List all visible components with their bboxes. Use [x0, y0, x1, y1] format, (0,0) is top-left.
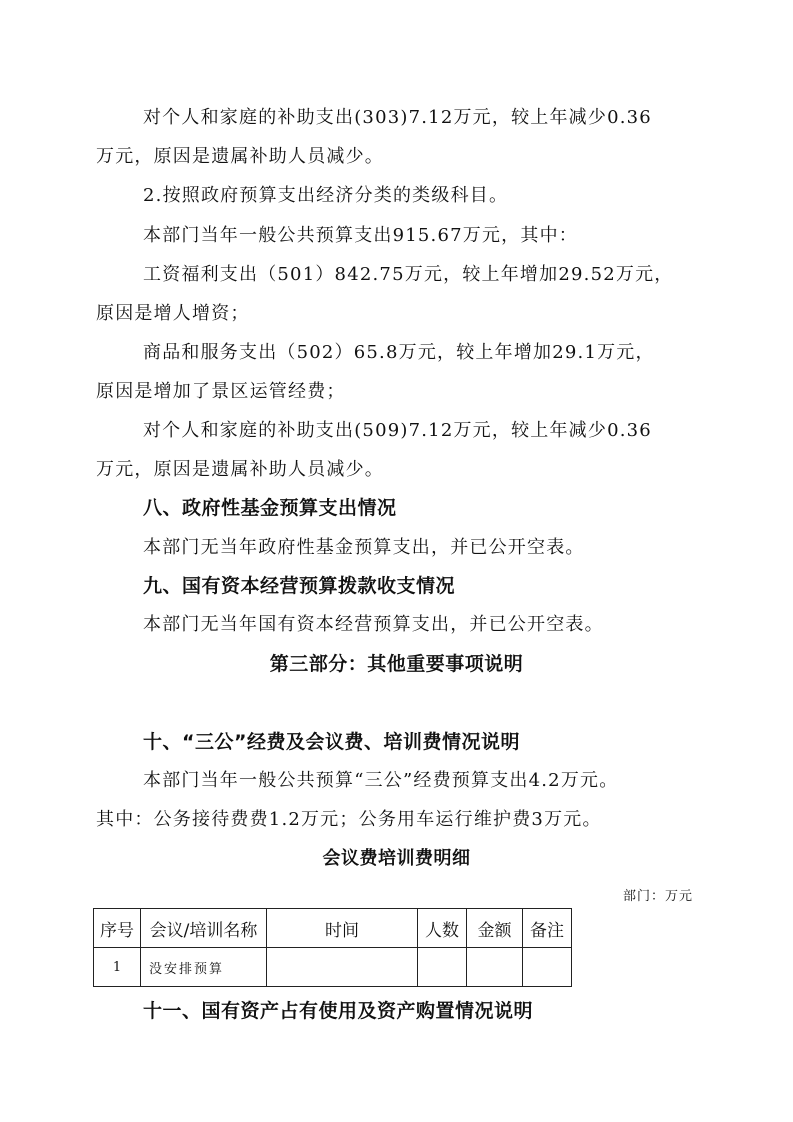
- header-cell-amount: 金额: [467, 909, 523, 948]
- paragraph-text: 本部门当年一般公共预算“三公”经费预算支出4.2万元。: [143, 769, 618, 793]
- paragraph-text: 工资福利支出（501）842.75万元，较上年增加29.52万元，: [143, 263, 673, 287]
- paragraph-text: 商品和服务支出（502）65.8万元，较上年增加29.1万元，: [143, 341, 655, 365]
- section-heading-9: 九、国有资本经营预算拨款收支情况: [143, 574, 455, 598]
- paragraph-text: 其中：公务接待费费1.2万元；公务用车运行维护费3万元。: [96, 808, 602, 832]
- table-header-row: 序号 会议/培训名称 时间 人数 金额 备注: [94, 909, 572, 948]
- header-cell-count: 人数: [418, 909, 467, 948]
- cell-amount: [467, 948, 523, 987]
- subheading-economic-classification: 2.按照政府预算支出经济分类的类级科目。: [143, 184, 508, 208]
- cell-remark: [523, 948, 572, 987]
- section-heading-11: 十一、国有资产占有使用及资产购置情况说明: [143, 999, 533, 1023]
- cell-count: [418, 948, 467, 987]
- paragraph-text: 原因是增加了景区运管经费；: [96, 380, 346, 404]
- header-cell-index: 序号: [94, 909, 141, 948]
- paragraph-text: 万元，原因是遗属补助人员减少。: [96, 458, 384, 482]
- paragraph-text: 万元，原因是遗属补助人员减少。: [96, 145, 384, 169]
- paragraph-text: 原因是增人增资；: [96, 302, 250, 326]
- section-heading-8: 八、政府性基金预算支出情况: [143, 496, 397, 520]
- header-cell-time: 时间: [267, 909, 418, 948]
- paragraph-text: 对个人和家庭的补助支出(509)7.12万元，较上年减少0.36: [143, 419, 652, 443]
- unit-label: 部门：万元: [623, 885, 693, 904]
- paragraph-text: 本部门当年一般公共预算支出915.67万元，其中：: [143, 224, 578, 248]
- cell-time: [267, 948, 418, 987]
- table-title: 会议费培训费明细: [0, 847, 793, 871]
- header-cell-remark: 备注: [523, 909, 572, 948]
- cell-name: 没安排预算: [141, 948, 267, 987]
- table-row: 1 没安排预算: [94, 948, 572, 987]
- paragraph-text: 本部门无当年国有资本经营预算支出，并已公开空表。: [143, 613, 604, 637]
- header-cell-name: 会议/培训名称: [141, 909, 267, 948]
- part-title: 第三部分：其他重要事项说明: [0, 652, 793, 676]
- paragraph-text: 本部门无当年政府性基金预算支出，并已公开空表。: [143, 536, 585, 560]
- cell-index: 1: [94, 948, 141, 987]
- section-heading-10: 十、“三公”经费及会议费、培训费情况说明: [143, 730, 520, 754]
- paragraph-text: 对个人和家庭的补助支出(303)7.12万元，较上年减少0.36: [143, 106, 652, 130]
- meeting-training-fee-table: 序号 会议/培训名称 时间 人数 金额 备注 1 没安排预算: [93, 908, 572, 987]
